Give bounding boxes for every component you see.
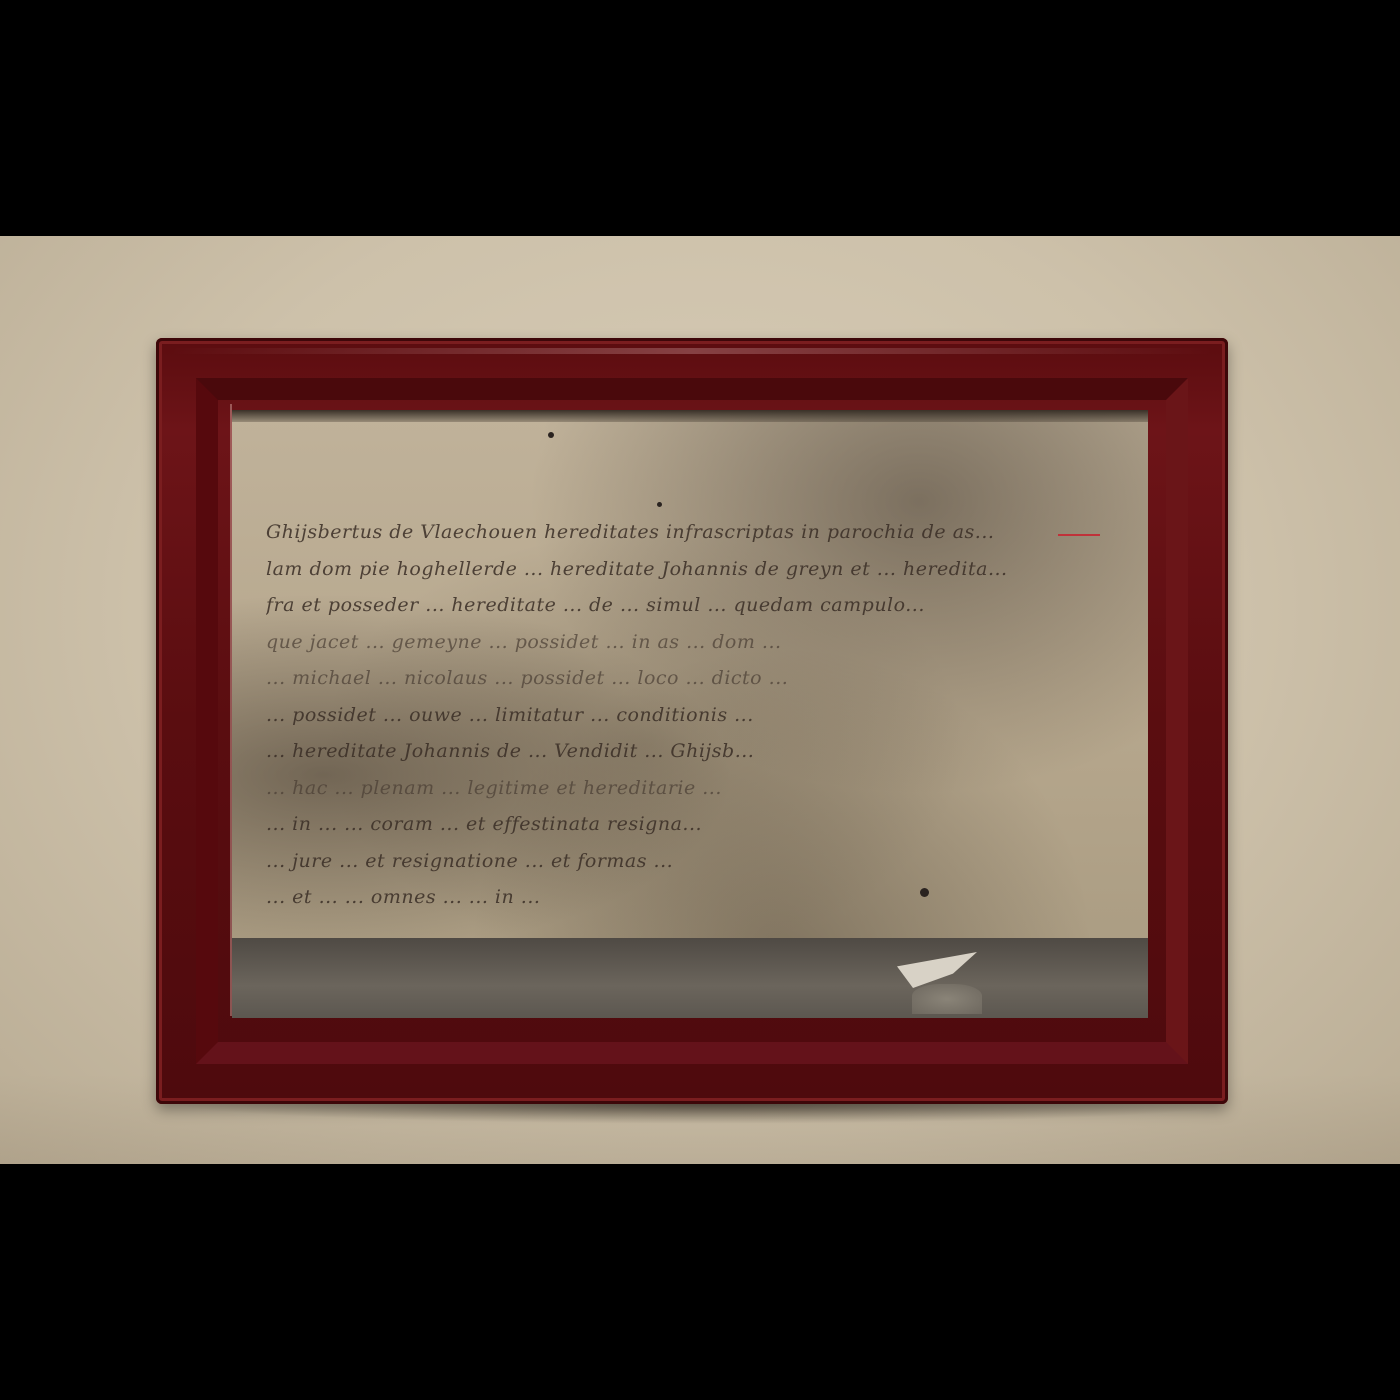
red-rubric-underline	[1058, 534, 1100, 536]
frame-highlight	[170, 348, 1214, 354]
manuscript-text: Ghijsbertus de Vlaechouen hereditates in…	[266, 514, 1146, 916]
document-top-edge	[232, 410, 1148, 422]
manuscript-line: fra et posseder ... hereditate ... de ..…	[266, 587, 1146, 624]
seal-fragment	[912, 984, 982, 1014]
manuscript-line: lam dom pie hoghellerde ... hereditate J…	[266, 551, 1146, 588]
manuscript-line: ... hereditate Johannis de ... Vendidit …	[266, 733, 1146, 770]
picture-frame: Ghijsbertus de Vlaechouen hereditates in…	[156, 338, 1228, 1104]
manuscript-line: ... possidet ... ouwe ... limitatur ... …	[266, 697, 1146, 734]
manuscript-line: ... jure ... et resignatione ... et form…	[266, 843, 1146, 880]
manuscript-line: ... in ... ... coram ... et effestinata …	[266, 806, 1146, 843]
manuscript-document: Ghijsbertus de Vlaechouen hereditates in…	[232, 410, 1148, 1018]
manuscript-line: ... hac ... plenam ... legitime et hered…	[266, 770, 1146, 807]
ink-blot	[657, 502, 662, 507]
ink-blot	[548, 432, 554, 438]
paper-fold	[897, 952, 977, 988]
manuscript-line: ... et ... ... omnes ... ... in ...	[266, 879, 1146, 916]
document-bottom-band	[232, 938, 1148, 1018]
manuscript-line: Ghijsbertus de Vlaechouen hereditates in…	[266, 514, 1146, 551]
manuscript-line: ... michael ... nicolaus ... possidet ..…	[266, 660, 1146, 697]
photograph: Ghijsbertus de Vlaechouen hereditates in…	[0, 236, 1400, 1164]
manuscript-line: que jacet ... gemeyne ... possidet ... i…	[266, 624, 1146, 661]
